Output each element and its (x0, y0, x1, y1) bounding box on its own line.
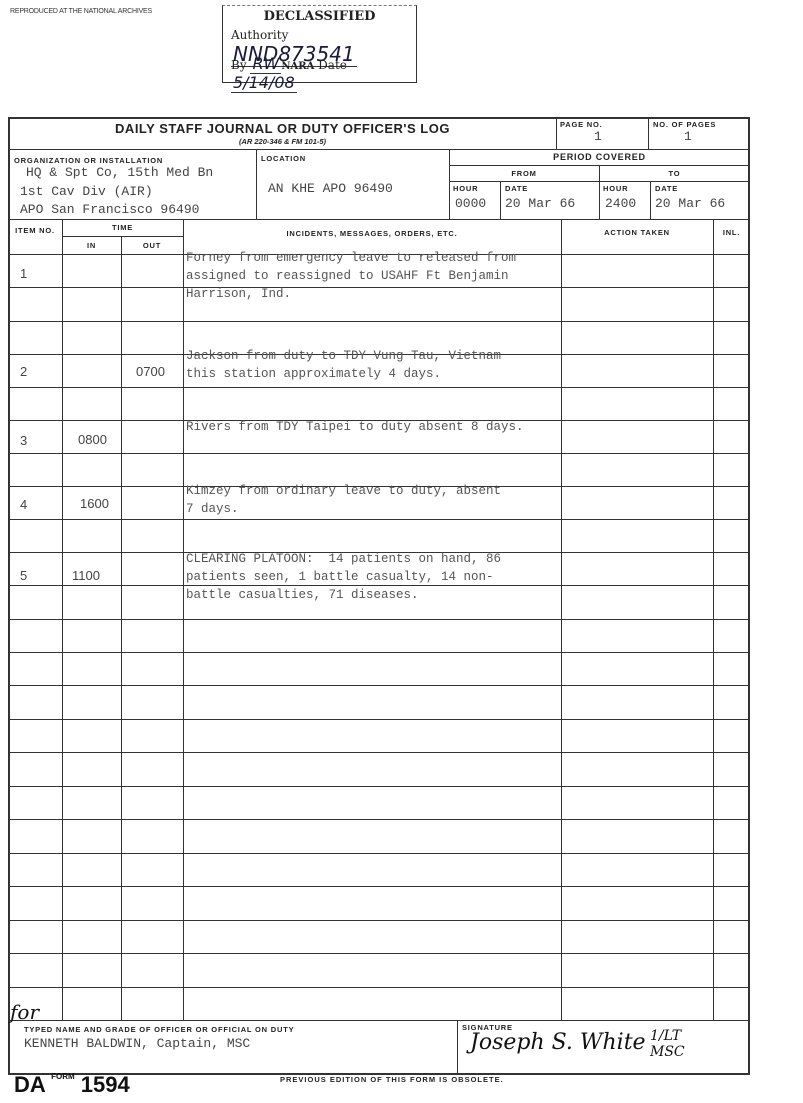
previous-edition-note: PREVIOUS EDITION OF THIS FORM IS OBSOLET… (280, 1075, 504, 1084)
entry-2-text: Jackson from duty to TDY Vung Tau, Vietn… (186, 347, 501, 383)
typed-name-label: TYPED NAME AND GRADE OF OFFICER OR OFFIC… (24, 1025, 294, 1034)
entry-4-item: 4 (20, 497, 27, 512)
to-hour-value: 2400 (605, 196, 636, 211)
for-mark: for (10, 1000, 39, 1024)
time-out-header: OUT (121, 241, 183, 250)
form-word: FORM (51, 1072, 75, 1081)
declassified-stamp: DECLASSIFIED Authority NND873541 By RWNA… (222, 5, 417, 83)
form-subtitle: (AR 220-346 & FM 101-5) (10, 137, 555, 146)
form-title: DAILY STAFF JOURNAL OR DUTY OFFICER'S LO… (10, 121, 555, 136)
from-hour-label: HOUR (453, 184, 478, 193)
entry-4-text: Kimzey from ordinary leave to duty, abse… (186, 482, 501, 518)
signature-rank: 1/LT MSC (650, 1028, 710, 1060)
period-covered-label: PERIOD COVERED (449, 152, 750, 162)
page-no-label: PAGE NO. (560, 120, 603, 129)
stamp-date-value: 5/14/08 (231, 73, 297, 93)
from-date-value: 20 Mar 66 (505, 196, 575, 211)
organization-label: ORGANIZATION OR INSTALLATION (14, 156, 163, 165)
to-date-label: DATE (655, 184, 678, 193)
no-of-pages-value: 1 (684, 129, 692, 144)
stamp-by-label: By (231, 58, 247, 72)
typed-name-value: KENNETH BALDWIN, Captain, MSC (24, 1036, 250, 1051)
organization-line-3: APO San Francisco 96490 (20, 202, 199, 217)
archive-note: REPRODUCED AT THE NATIONAL ARCHIVES (10, 8, 152, 15)
stamp-by-line: By RWNARA Date 5/14/08 (231, 54, 416, 92)
from-date-label: DATE (505, 184, 528, 193)
signature-value: Joseph S. White (470, 1030, 646, 1055)
stamp-title: DECLASSIFIED (223, 9, 416, 24)
entry-3-time-in: 0800 (78, 432, 107, 447)
entry-1-text: Forney from emergency leave to released … (186, 249, 516, 303)
to-label: TO (599, 169, 750, 178)
item-no-header: ITEM NO. (8, 226, 62, 235)
action-taken-header: ACTION TAKEN (561, 228, 713, 237)
page-no-value: 1 (594, 129, 602, 144)
time-header: TIME (62, 223, 183, 232)
stamp-nara-label: NARA (281, 61, 314, 72)
entry-3-text: Rivers from TDY Taipei to duty absent 8 … (186, 418, 524, 436)
entry-4-time-in: 1600 (80, 496, 109, 511)
entry-2-time-out: 0700 (136, 364, 165, 379)
from-label: FROM (449, 169, 599, 178)
incidents-header: INCIDENTS, MESSAGES, ORDERS, ETC. (183, 229, 561, 238)
entry-2-item: 2 (20, 364, 27, 379)
entry-3-item: 3 (20, 433, 27, 448)
time-in-header: IN (62, 241, 121, 250)
entry-1-item: 1 (20, 266, 27, 281)
to-date-value: 20 Mar 66 (655, 196, 725, 211)
to-hour-label: HOUR (603, 184, 628, 193)
from-hour-value: 0000 (455, 196, 486, 211)
entry-5-time-in: 1100 (72, 568, 100, 583)
entry-5-item: 5 (20, 568, 27, 583)
form-prefix: DA (14, 1072, 45, 1097)
inl-header: INL. (713, 228, 750, 237)
entry-5-text: CLEARING PLATOON: 14 patients on hand, 8… (186, 550, 501, 604)
stamp-by-value: RW (250, 54, 281, 74)
form-number-value: 1594 (81, 1072, 130, 1097)
organization-line-1: HQ & Spt Co, 15th Med Bn (26, 165, 213, 180)
location-value: AN KHE APO 96490 (268, 181, 393, 196)
stamp-date-label: Date (318, 58, 347, 72)
organization-line-2: 1st Cav Div (AIR) (20, 184, 153, 199)
stamp-authority-label: Authority (231, 28, 288, 42)
location-label: LOCATION (261, 154, 306, 163)
form-number: DA FORM 1594 (14, 1072, 130, 1098)
no-of-pages-label: NO. OF PAGES (653, 120, 716, 129)
